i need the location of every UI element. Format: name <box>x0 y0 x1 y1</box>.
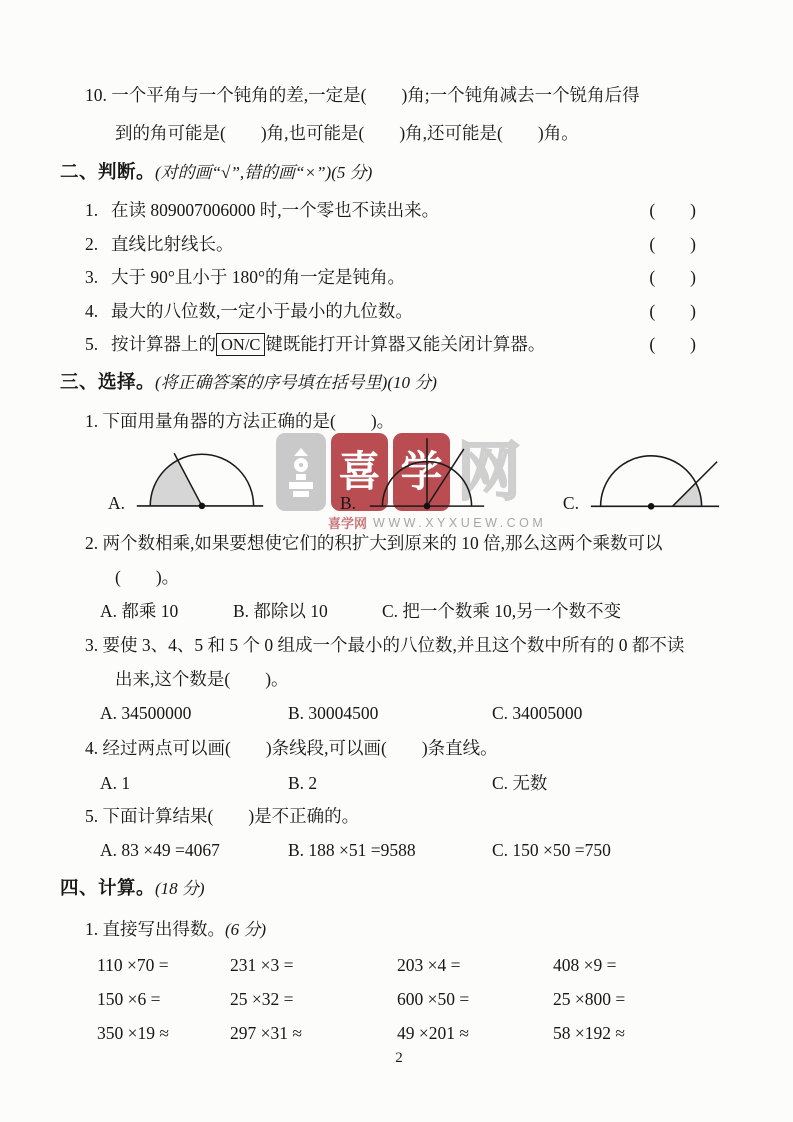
calc-subheading-note: (6 分) <box>225 920 266 939</box>
judge-item-number: 2. <box>85 228 111 262</box>
choice-q1-stem: 1. 下面用量角器的方法正确的是( )。 <box>60 404 738 438</box>
answer-blank: ( ) <box>649 295 696 329</box>
option-a: A. 83 ×49 =4067 <box>100 833 288 867</box>
option-c-label: C. <box>563 493 579 514</box>
calc-expression: 25 ×32 = <box>230 982 397 1016</box>
protractor-option-c: C. <box>563 446 723 520</box>
judge-item-3: 3. 大于 90°且小于 180°的角一定是钝角。 ( ) <box>60 261 738 295</box>
calc-expression: 600 ×50 = <box>397 982 553 1016</box>
option-b: B. 30004500 <box>288 696 492 730</box>
judge-item-number: 4. <box>85 295 111 329</box>
judge-item-text: 大于 90°且小于 180°的角一定是钝角。 <box>111 261 649 295</box>
answer-blank: ( ) <box>649 261 696 295</box>
section-2-heading: 二、判断。(对的画“√”,错的画“×”)(5 分) <box>60 152 738 194</box>
judge-item-2: 2. 直线比射线长。 ( ) <box>60 228 738 262</box>
choice-q5-stem: 5. 下面计算结果( )是不正确的。 <box>60 800 738 833</box>
option-b-label: B. <box>340 493 356 514</box>
choice-q2-line-2: ( )。 <box>60 560 738 594</box>
protractor-diagram-b <box>364 436 490 520</box>
choice-q2-options: A. 都乘 10 B. 都除以 10 C. 把一个数乘 10,另一个数不变 <box>60 594 738 628</box>
answer-blank: ( ) <box>649 228 696 262</box>
calc-expression: 408 ×9 = <box>553 948 738 982</box>
calc-row-1: 110 ×70 = 231 ×3 = 203 ×4 = 408 ×9 = <box>60 948 738 982</box>
judge-item-text: 直线比射线长。 <box>111 228 649 262</box>
option-c: C. 无数 <box>492 766 738 800</box>
judge-item-5: 5. 按计算器上的ON/C键既能打开计算器又能关闭计算器。 ( ) <box>60 328 738 362</box>
option-a: A. 1 <box>100 766 288 800</box>
option-a: A. 都乘 10 <box>100 594 233 628</box>
calc-expression: 49 ×201 ≈ <box>397 1016 553 1050</box>
calc-expression: 297 ×31 ≈ <box>230 1016 397 1050</box>
calc-subheading-text: 1. 直接写出得数。 <box>85 919 225 939</box>
section-3-title: 三、选择。 <box>60 371 155 392</box>
calc-subheading: 1. 直接写出得数。(6 分) <box>60 911 738 948</box>
choice-q4-options: A. 1 B. 2 C. 无数 <box>60 766 738 800</box>
section-4-heading: 四、计算。(18 分) <box>60 867 738 911</box>
option-c: C. 150 ×50 =750 <box>492 833 738 867</box>
choice-q5-options: A. 83 ×49 =4067 B. 188 ×51 =9588 C. 150 … <box>60 833 738 867</box>
calc-row-2: 150 ×6 = 25 ×32 = 600 ×50 = 25 ×800 = <box>60 982 738 1016</box>
judge-item-text: 最大的八位数,一定小于最小的九位数。 <box>111 295 649 329</box>
section-3-heading: 三、选择。(将正确答案的序号填在括号里)(10 分) <box>60 362 738 404</box>
option-c: C. 把一个数乘 10,另一个数不变 <box>382 594 738 628</box>
calc-expression: 203 ×4 = <box>397 948 553 982</box>
exam-page: 10. 一个平角与一个钝角的差,一定是( )角;一个钝角减去一个锐角后得 到的角… <box>0 0 793 1122</box>
judge-item-4: 4. 最大的八位数,一定小于最小的九位数。 ( ) <box>60 295 738 329</box>
calc-expression: 150 ×6 = <box>97 982 230 1016</box>
calc-expression: 231 ×3 = <box>230 948 397 982</box>
option-c: C. 34005000 <box>492 696 738 730</box>
calc-expression: 350 ×19 ≈ <box>97 1016 230 1050</box>
option-b: B. 2 <box>288 766 492 800</box>
question-10-line-1: 10. 一个平角与一个钝角的差,一定是( )角;一个钝角减去一个锐角后得 <box>60 76 738 114</box>
protractor-option-b: B. <box>340 436 490 520</box>
judge-item-number: 5. <box>85 328 111 362</box>
calc-row-3: 350 ×19 ≈ 297 ×31 ≈ 49 ×201 ≈ 58 ×192 ≈ <box>60 1016 738 1050</box>
section-4-note: (18 分) <box>155 879 205 898</box>
protractor-diagrams: A. B. C. <box>108 438 723 526</box>
judge-item-text: 在读 809007006000 时,一个零也不读出来。 <box>111 194 649 228</box>
answer-blank: ( ) <box>649 328 696 362</box>
protractor-diagram-a <box>133 444 267 520</box>
section-4-title: 四、计算。 <box>60 877 155 898</box>
choice-q3-line-1: 3. 要使 3、4、5 和 5 个 0 组成一个最小的八位数,并且这个数中所有的… <box>60 628 738 662</box>
section-3-note: (将正确答案的序号填在括号里)(10 分) <box>155 373 437 392</box>
question-10-line-2: 到的角可能是( )角,也可能是( )角,还可能是( )角。 <box>60 114 738 152</box>
answer-blank: ( ) <box>649 194 696 228</box>
choice-q3-options: A. 34500000 B. 30004500 C. 34005000 <box>60 696 738 730</box>
option-b: B. 188 ×51 =9588 <box>288 833 492 867</box>
option-a: A. 34500000 <box>100 696 288 730</box>
judge-item-5-pre: 按计算器上的 <box>111 334 216 354</box>
protractor-option-a: A. <box>108 444 267 520</box>
calc-expression: 25 ×800 = <box>553 982 738 1016</box>
option-a-label: A. <box>108 493 125 514</box>
judge-item-5-post: 键既能打开计算器又能关闭计算器。 <box>265 334 545 354</box>
page-number: 2 <box>60 1048 738 1068</box>
choice-q3-line-2: 出来,这个数是( )。 <box>60 662 738 696</box>
choice-q2-line-1: 2. 两个数相乘,如果要想使它们的积扩大到原来的 10 倍,那么这两个乘数可以 <box>60 526 738 560</box>
calc-expression: 58 ×192 ≈ <box>553 1016 738 1050</box>
choice-q4-stem: 4. 经过两点可以画( )条线段,可以画( )条直线。 <box>60 730 738 766</box>
protractor-diagram-c <box>587 446 723 520</box>
section-2-note: (对的画“√”,错的画“×”)(5 分) <box>155 163 372 182</box>
judge-item-number: 1. <box>85 194 111 228</box>
option-b: B. 都除以 10 <box>233 594 382 628</box>
judge-item-1: 1. 在读 809007006000 时,一个零也不读出来。 ( ) <box>60 194 738 228</box>
calc-expression: 110 ×70 = <box>97 948 230 982</box>
judge-item-text: 按计算器上的ON/C键既能打开计算器又能关闭计算器。 <box>111 328 649 362</box>
calculator-onc-key: ON/C <box>216 333 265 356</box>
section-2-title: 二、判断。 <box>60 161 155 182</box>
judge-item-number: 3. <box>85 261 111 295</box>
